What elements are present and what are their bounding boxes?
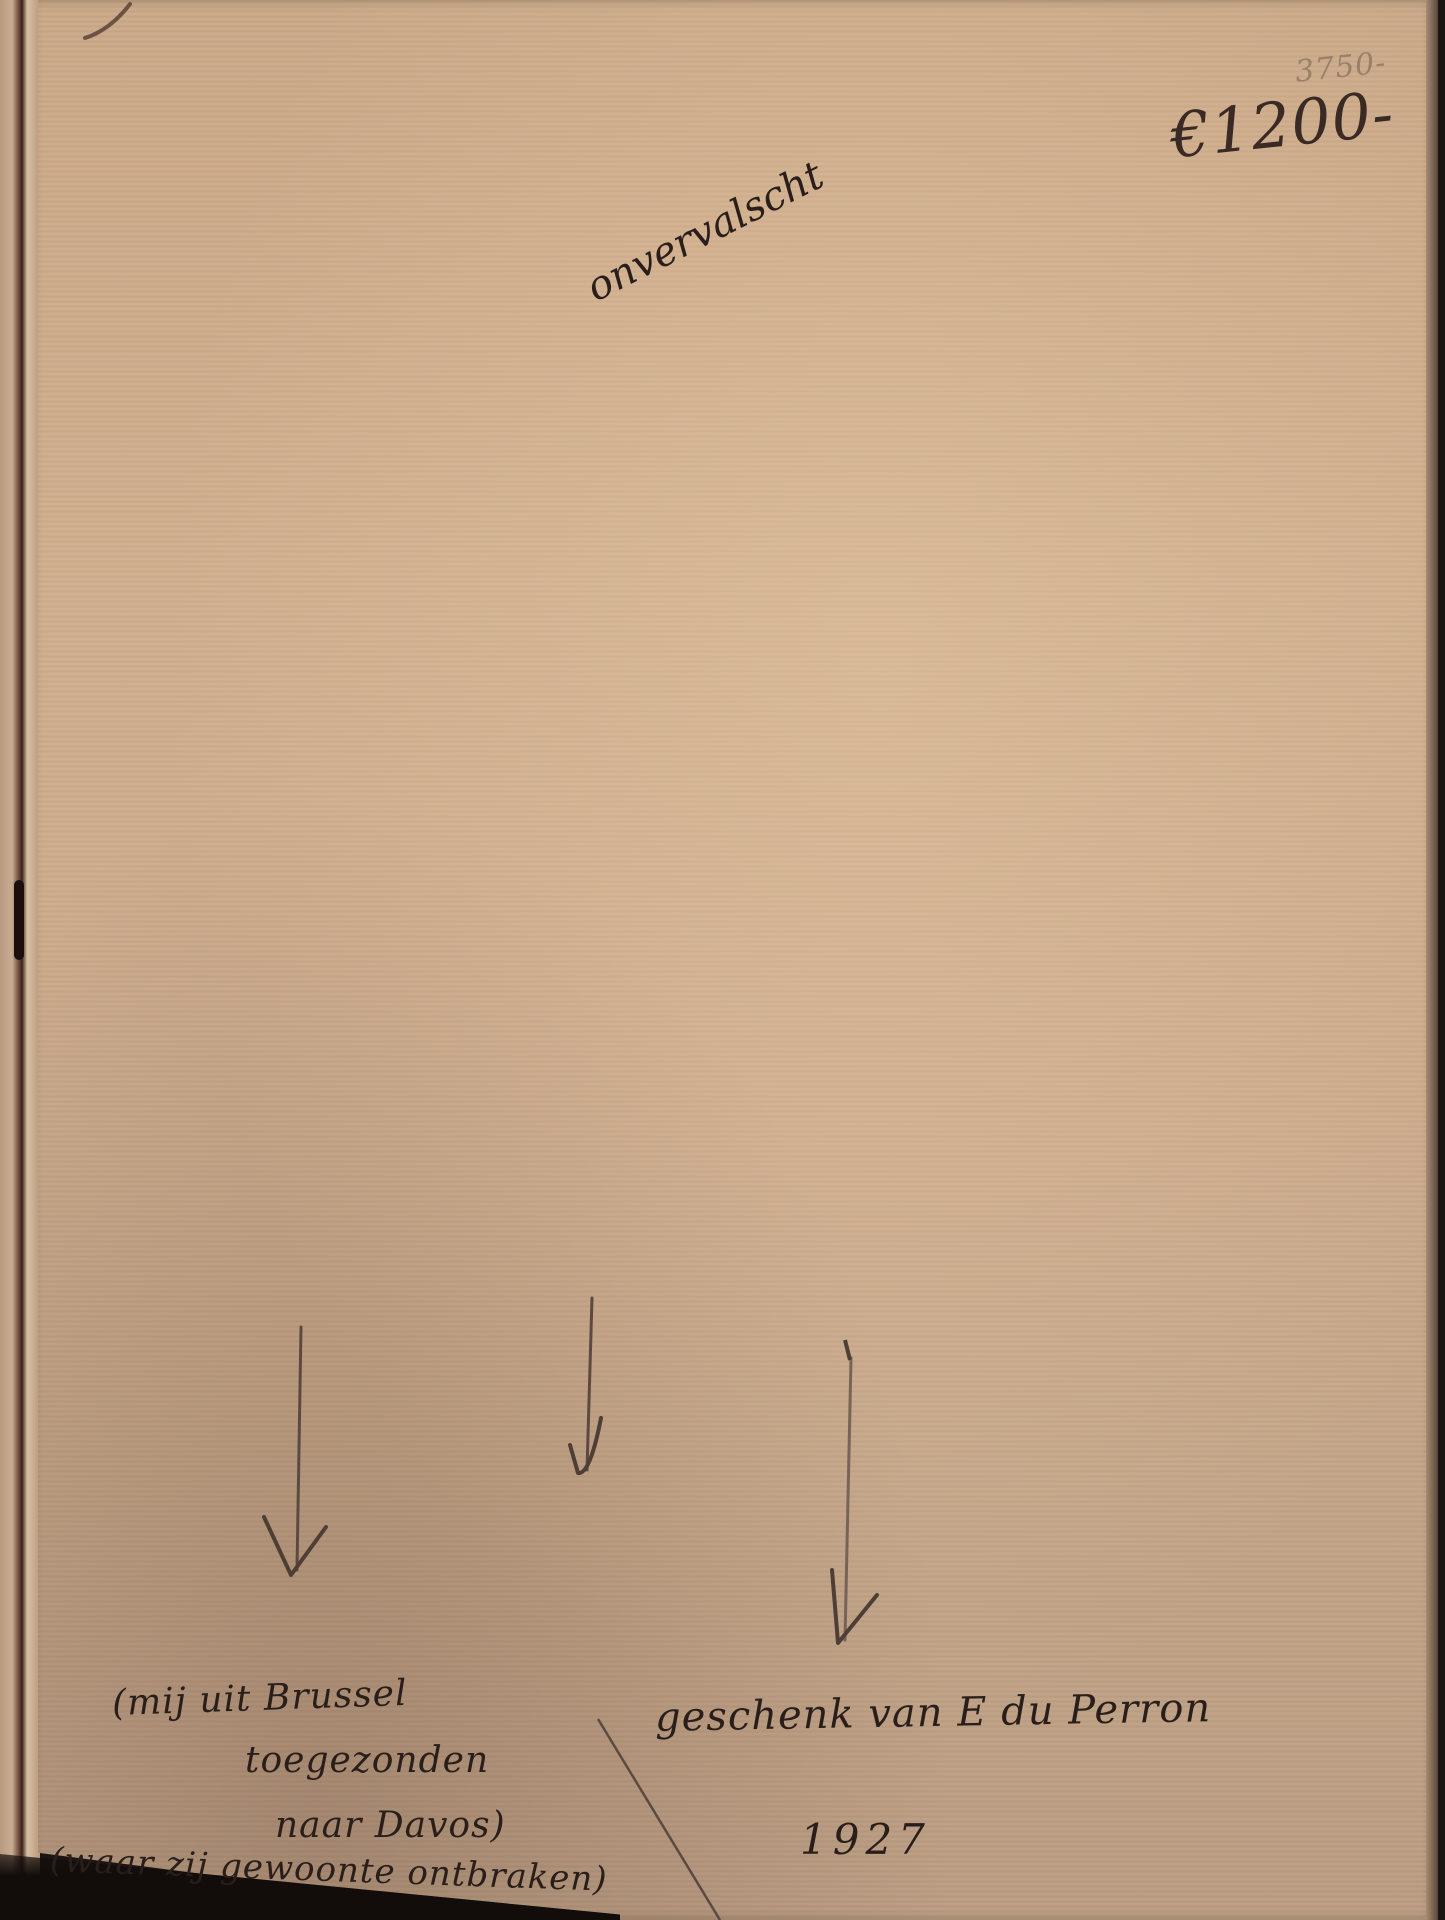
inscription-year: 1927 — [800, 1815, 931, 1864]
gift-inscription: geschenk van E du Perron — [655, 1685, 1212, 1741]
left-note-line-2: toegezonden — [245, 1740, 489, 1781]
book-page-photo: 3750- €1200- onvervalscht (mij uit Bruss… — [0, 0, 1445, 1920]
left-note-line-3: naar Davos) — [275, 1805, 506, 1846]
book-gutter — [0, 0, 40, 1920]
binding-gap — [14, 880, 24, 960]
flyleaf-page — [38, 0, 1438, 1920]
page-edge — [1426, 0, 1438, 1920]
